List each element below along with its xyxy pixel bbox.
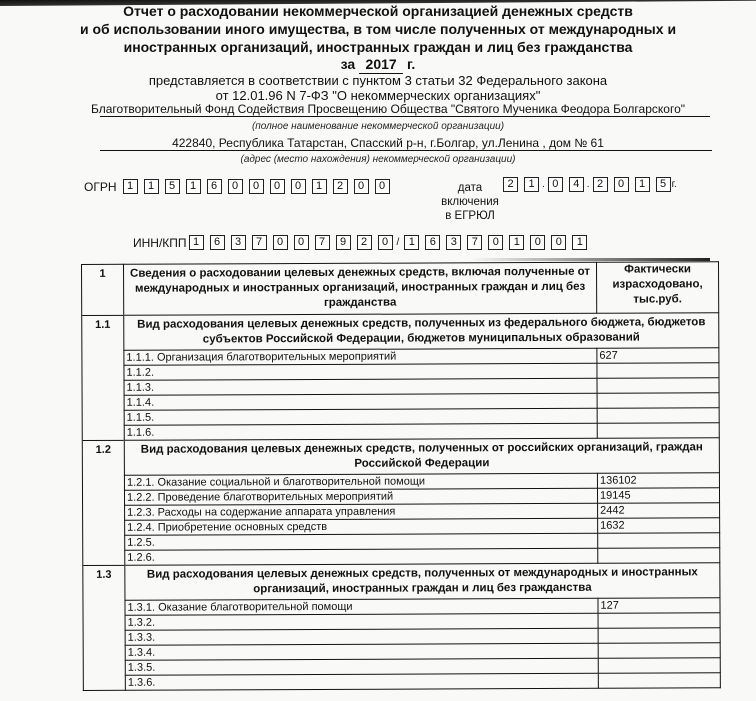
- report-title-line-2: и об использовании иного имущества, в то…: [0, 20, 756, 38]
- law-line-1: представляется в соответствии с пунктом …: [0, 73, 756, 89]
- inn-digit: 0: [294, 235, 309, 250]
- section-header-row: 1.3 Вид расходования целевых денежных ср…: [83, 563, 720, 601]
- egrul-date-label-line: в ЕГРЮЛ: [440, 209, 500, 223]
- inn-digit: 0: [378, 235, 393, 250]
- section-header-row: 1.2 Вид расходования целевых денежных ср…: [82, 438, 719, 476]
- ogrn-digit: 0: [291, 179, 306, 194]
- date-year-digit: 2: [593, 177, 608, 192]
- kpp-digit: 0: [488, 235, 503, 250]
- kpp-digit: 6: [425, 235, 440, 250]
- address-underline: [100, 150, 712, 151]
- row-value: [598, 628, 720, 644]
- row-value: [597, 378, 719, 394]
- row-value: [598, 658, 720, 674]
- inn-digit: 6: [210, 235, 225, 250]
- date-year-digit: 5: [656, 177, 671, 192]
- date-day-digit: 2: [503, 177, 518, 192]
- ogrn-digit: 0: [249, 179, 264, 194]
- ogrn-digit: 1: [144, 179, 159, 194]
- kpp-digit: 1: [404, 235, 419, 250]
- table-header-row: 1 Сведения о расходовании целевых денежн…: [82, 262, 719, 316]
- inn-kpp-label: ИНН/КПП: [133, 236, 187, 250]
- date-suffix: г.: [672, 179, 677, 190]
- row-value: [597, 363, 719, 379]
- row-value: [597, 408, 719, 424]
- org-address: 422840, Республика Татарстан, Спасский р…: [0, 135, 756, 151]
- kpp-digit: 1: [572, 235, 587, 250]
- ogrn-digit: 5: [165, 179, 180, 194]
- section-num: 1.3: [83, 565, 126, 690]
- ogrn-digit: 6: [207, 179, 222, 194]
- kpp-digit: 0: [530, 235, 545, 250]
- egrul-date-label-line: включения: [440, 195, 500, 209]
- ogrn-label: ОГРН: [84, 180, 117, 194]
- year-suffix: г.: [407, 56, 415, 72]
- egrul-date-label-line: дата: [440, 181, 500, 195]
- date-separator: .: [542, 179, 545, 190]
- egrul-date-field: 2 1 . 0 4 . 2 0 1 5 г.: [503, 177, 677, 192]
- header-num: 1: [82, 264, 124, 315]
- ogrn-digit: 1: [312, 179, 327, 194]
- section-title: Вид расходования целевых денежных средст…: [124, 438, 719, 476]
- inn-digit: 7: [315, 235, 330, 250]
- org-name-caption: (полное наименование некоммерческой орга…: [0, 121, 756, 133]
- ogrn-digit: 0: [354, 179, 369, 194]
- row-value: 2442: [598, 503, 720, 519]
- header-description: Сведения о расходовании целевых денежных…: [124, 262, 597, 315]
- row-value: [598, 548, 720, 564]
- row-value: 1632: [598, 518, 720, 534]
- row-value: [598, 673, 720, 689]
- section-num: 1.1: [82, 315, 125, 440]
- ogrn-digit: 1: [123, 179, 138, 194]
- egrul-date-label: дата включения в ЕГРЮЛ: [440, 181, 500, 223]
- kpp-digit: 7: [467, 235, 482, 250]
- address-caption: (адрес (место нахождения) некоммерческой…: [0, 154, 756, 166]
- row-value: [598, 613, 720, 629]
- header-value: Фактически израсходовано, тыс.руб.: [596, 262, 718, 314]
- section-num: 1.2: [82, 440, 125, 565]
- ogrn-digit: 0: [228, 179, 243, 194]
- year-prefix: за: [341, 56, 356, 72]
- date-year-digit: 1: [635, 177, 650, 192]
- kpp-digit: 3: [446, 235, 461, 250]
- inn-kpp-separator: /: [397, 237, 400, 248]
- report-title-line-3: иностранных организаций, иностранных гра…: [0, 38, 756, 56]
- ogrn-digit: 1: [186, 179, 201, 194]
- ogrn-digit: 0: [270, 179, 285, 194]
- date-month-digit: 0: [548, 177, 563, 192]
- date-month-digit: 4: [569, 177, 584, 192]
- inn-digit: 1: [189, 235, 204, 250]
- section-header-row: 1.1 Вид расходования целевых денежных ср…: [82, 313, 719, 351]
- row-value: [597, 423, 719, 439]
- ogrn-digit: 0: [375, 179, 390, 194]
- row-value: 19145: [597, 488, 719, 504]
- row-value: 627: [597, 348, 719, 364]
- date-day-digit: 1: [524, 177, 539, 192]
- row-value: 127: [598, 598, 720, 614]
- date-separator: .: [587, 179, 590, 190]
- row-label: 1.3.6.: [125, 673, 598, 690]
- kpp-digit: 1: [509, 235, 524, 250]
- expenditure-table: 1 Сведения о расходовании целевых денежн…: [81, 261, 721, 691]
- table-row: 1.3.6.: [83, 673, 720, 691]
- inn-kpp-field: ИНН/КПП 1 6 3 7 0 0 7 9 2 0 / 1 6 3 7 0 …: [133, 235, 593, 250]
- inn-digit: 2: [357, 235, 372, 250]
- row-value: 136102: [597, 473, 719, 489]
- section-title: Вид расходования целевых денежных средст…: [125, 563, 720, 601]
- kpp-digit: 0: [551, 235, 566, 250]
- inn-digit: 7: [252, 235, 267, 250]
- org-full-name: Благотворительный Фонд Содействия Просве…: [0, 101, 756, 117]
- org-name-underline: [100, 116, 710, 117]
- report-year: 2017: [359, 55, 403, 74]
- report-year-line: за 2017 г.: [0, 55, 756, 74]
- section-title: Вид расходования целевых денежных средст…: [124, 313, 719, 351]
- inn-digit: 0: [273, 235, 288, 250]
- row-value: [598, 643, 720, 659]
- row-value: [598, 533, 720, 549]
- report-title-line-1: Отчет о расходовании некоммерческой орга…: [0, 2, 756, 20]
- ogrn-field: ОГРН 1 1 5 1 6 0 0 0 0 1 2 0 0: [84, 179, 396, 194]
- inn-digit: 9: [336, 235, 351, 250]
- ogrn-digit: 2: [333, 179, 348, 194]
- row-value: [597, 393, 719, 409]
- inn-digit: 3: [231, 235, 246, 250]
- date-year-digit: 0: [614, 177, 629, 192]
